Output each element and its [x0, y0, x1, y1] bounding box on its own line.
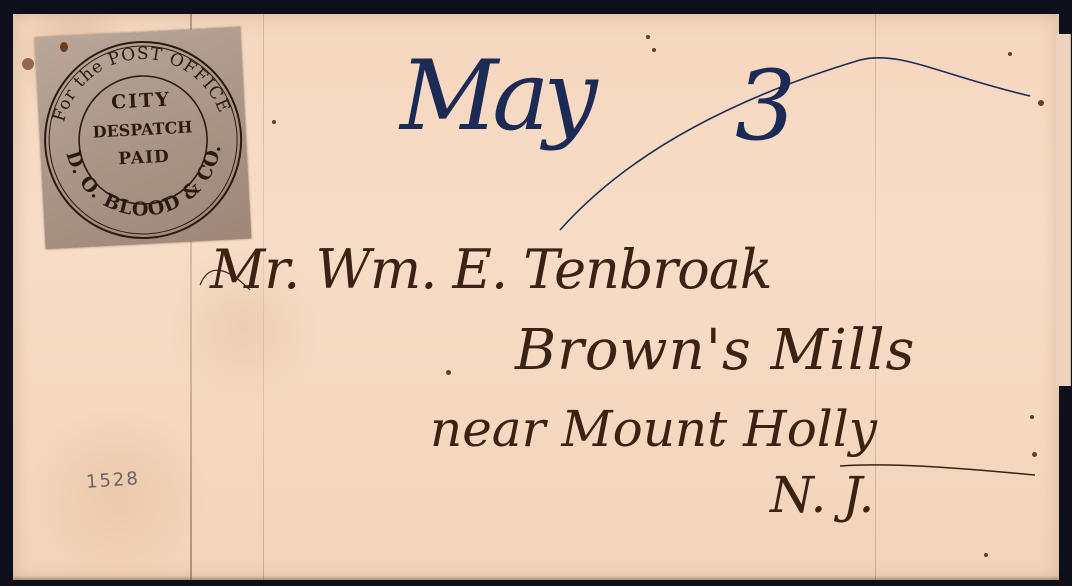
blood-city-despatch-stamp: For the POST OFFICE D. O. BLOOD & CO. CI… [35, 27, 252, 249]
ink-spot [984, 553, 988, 557]
address-state: N. J. [770, 466, 874, 524]
ink-spot [652, 48, 656, 52]
ink-spot [646, 35, 650, 39]
ink-spot [60, 42, 68, 52]
letter-flap-edge [1056, 34, 1071, 386]
paper-edge [13, 576, 1059, 580]
address-town: Brown's Mills [515, 318, 915, 383]
address-recipient: Mr. Wm. E. Tenbroak [210, 238, 772, 301]
ink-spot [1030, 415, 1034, 419]
docket-note: May [400, 40, 592, 152]
ink-spot [22, 58, 34, 70]
ink-spot [1032, 452, 1037, 457]
ink-spot [446, 370, 451, 375]
docket-day: 3 [735, 50, 796, 162]
ink-spot [1038, 100, 1044, 106]
ink-spot [272, 120, 276, 124]
address-locality: near Mount Holly [430, 400, 877, 458]
ink-spot [1008, 52, 1012, 56]
fold-line [875, 14, 876, 580]
pencil-inventory-note: 1528 [85, 468, 140, 493]
